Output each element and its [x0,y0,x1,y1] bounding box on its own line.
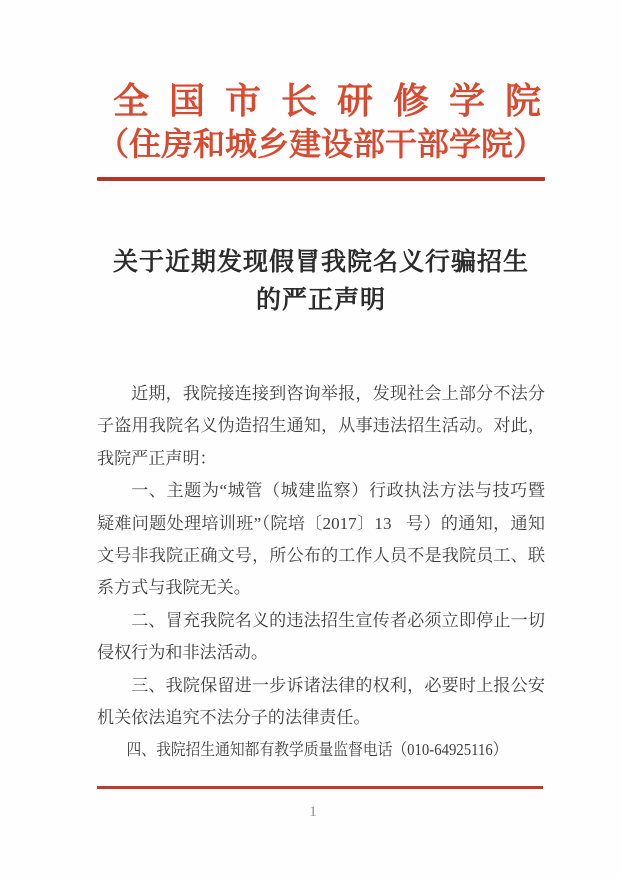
document-title-line1: 关于近期发现假冒我院名义行骗招生 [97,244,545,282]
paragraph-item-1: 一、主题为“城管（城建监察）行政执法方法与技巧暨疑难问题处理培训班”（院培〔20… [97,475,545,605]
letterhead: 全国市长研修学院 （住房和城乡建设部干部学院） [97,80,545,166]
paragraph-item-4: 四、我院招生通知都有教学质量监督电话（010-64925116） [97,734,496,766]
page-number: 1 [97,804,529,821]
letterhead-divider-rule [97,177,545,181]
paragraph-intro: 近期，我院接连接到咨询举报，发现社会上部分不法分子盗用我院名义伪造招生通知，从事… [97,378,545,475]
document-body: 近期，我院接连接到咨询举报，发现社会上部分不法分子盗用我院名义伪造招生通知，从事… [97,378,545,767]
paragraph-item-3: 三、我院保留进一步诉诸法律的权利，必要时上报公安机关依法追究不法分子的法律责任。 [97,670,545,735]
institution-name: 全国市长研修学院 [97,80,545,122]
footer-divider-rule [97,786,543,789]
document-title: 关于近期发现假冒我院名义行骗招生 的严正声明 [97,244,545,320]
paragraph-item-2: 二、冒充我院名义的违法招生宣传者必须立即停止一切侵权行为和非法活动。 [97,605,545,670]
document-title-line2: 的严正声明 [97,282,545,320]
institution-secondary-name: （住房和城乡建设部干部学院） [97,122,545,166]
document-page: 全国市长研修学院 （住房和城乡建设部干部学院） 关于近期发现假冒我院名义行骗招生… [0,0,621,878]
